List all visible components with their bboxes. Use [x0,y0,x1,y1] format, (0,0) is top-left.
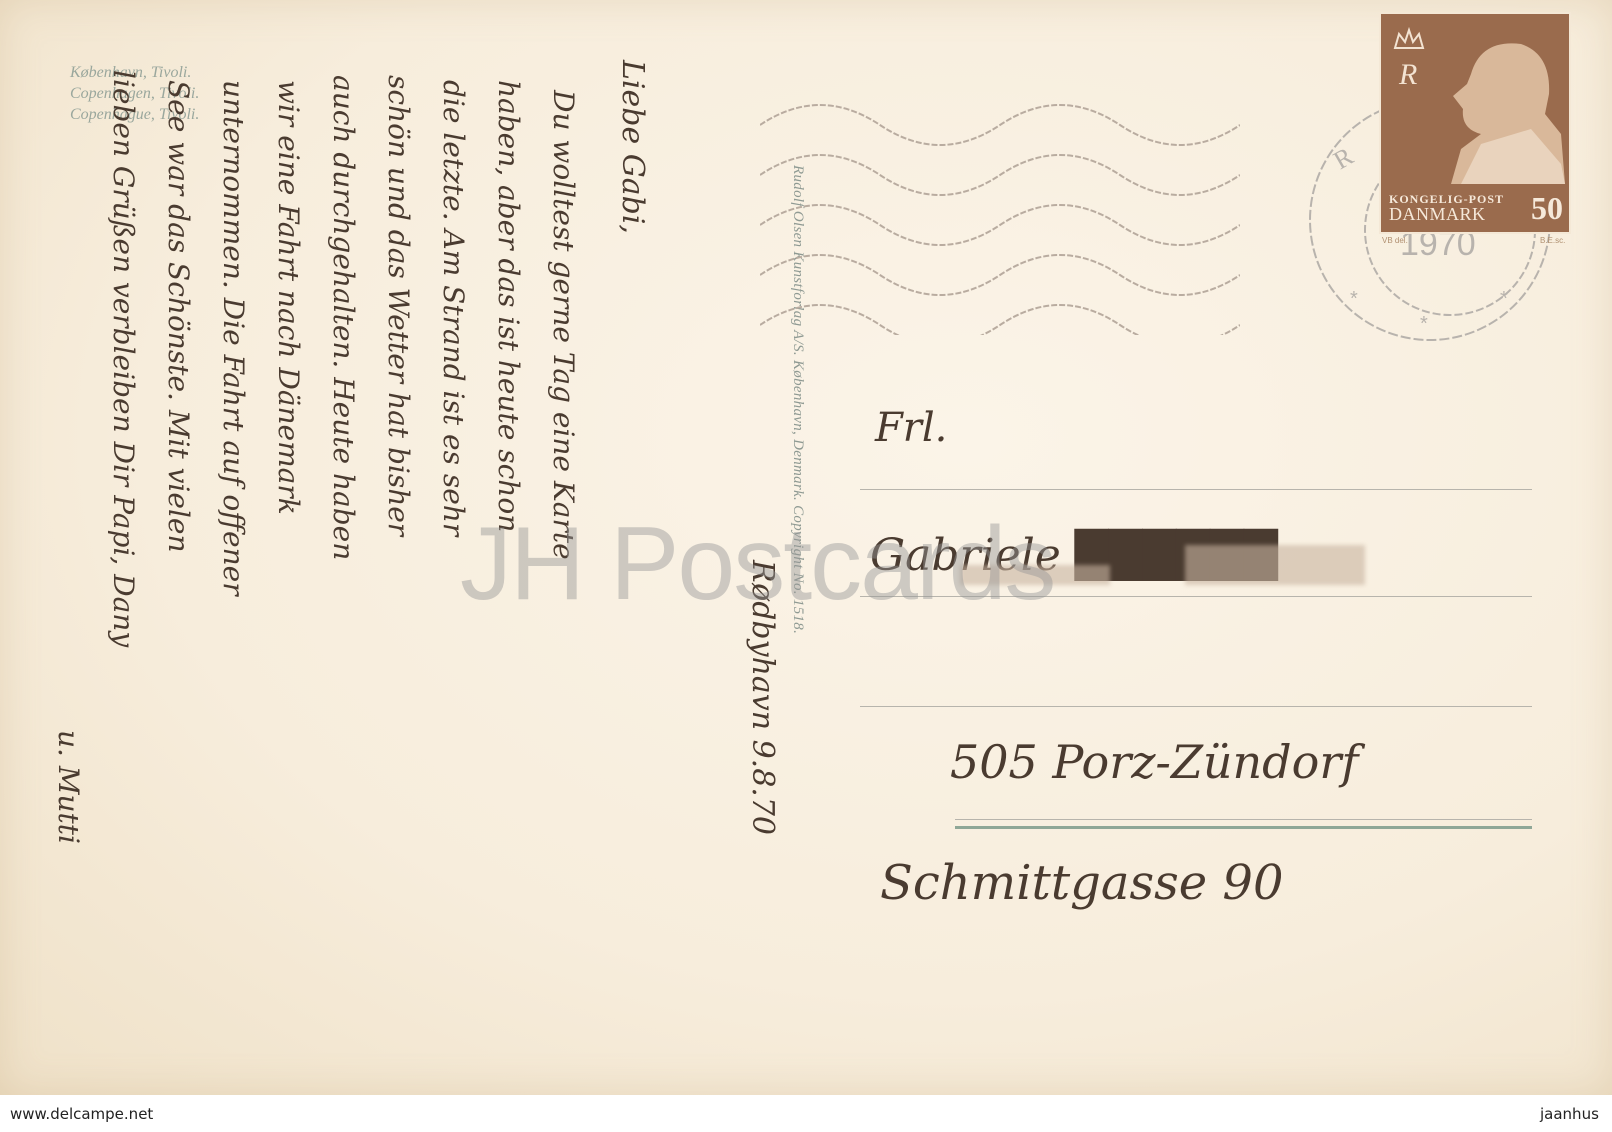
king-portrait-icon [1441,34,1565,184]
svg-text:*: * [1500,288,1508,310]
address-city: 505 Porz-Zündorf [950,735,1358,789]
svg-text:R: R [1398,58,1417,91]
svg-text:*: * [1420,313,1428,335]
postcard-back: København, Tivoli. Copenhagen, Tivoli. C… [0,0,1612,1095]
message-line: die letzte. Am Strand ist es sehr [437,80,470,536]
message-line: wir eine Fahrt nach Dänemark [272,80,305,515]
message-line: Du wolltest gerne Tag eine Karte [547,90,580,560]
stamp-credit-engraver: B.E.sc. [1540,236,1565,245]
message-line: lieben Grüßen verbleiben Dir Papi, Dany [107,70,140,647]
message-line: haben, aber das ist heute schon [492,80,525,532]
postage-stamp: R KONGELIG-POST DANMARK 50 [1381,14,1569,232]
crown-monogram-icon: R [1389,24,1429,94]
watermark: JH Postcards [460,505,1054,624]
address-rule [860,706,1532,707]
seller-label: jaanhus [1540,1105,1599,1123]
message-line: schön und das Wetter hat bisher [382,75,415,536]
address-rule [860,489,1532,490]
message-line: See war das Schönste. Mit vielen [162,80,195,553]
message-line: u. Mutti [52,730,85,844]
address-street: Schmittgasse 90 [880,855,1283,911]
message-salutation: Liebe Gabi, [615,60,650,234]
message-line: unternommen. Die Fahrt auf offener [217,80,250,596]
stamp-country: DANMARK [1389,204,1486,225]
svg-text:*: * [1350,288,1358,310]
wavy-cancellation-icon [760,95,1240,335]
address-rule [955,819,1532,820]
source-site-label: www.delcampe.net [10,1105,153,1123]
address-rule-green [955,826,1532,829]
svg-text:R: R [1329,141,1359,175]
redaction-blur [1185,545,1365,585]
message-line: auch durchgehalten. Heute haben [327,75,360,560]
stamp-credit-designer: VB del. [1382,236,1408,245]
stamp-value: 50 [1531,190,1563,227]
address-title: Frl. [875,405,947,451]
